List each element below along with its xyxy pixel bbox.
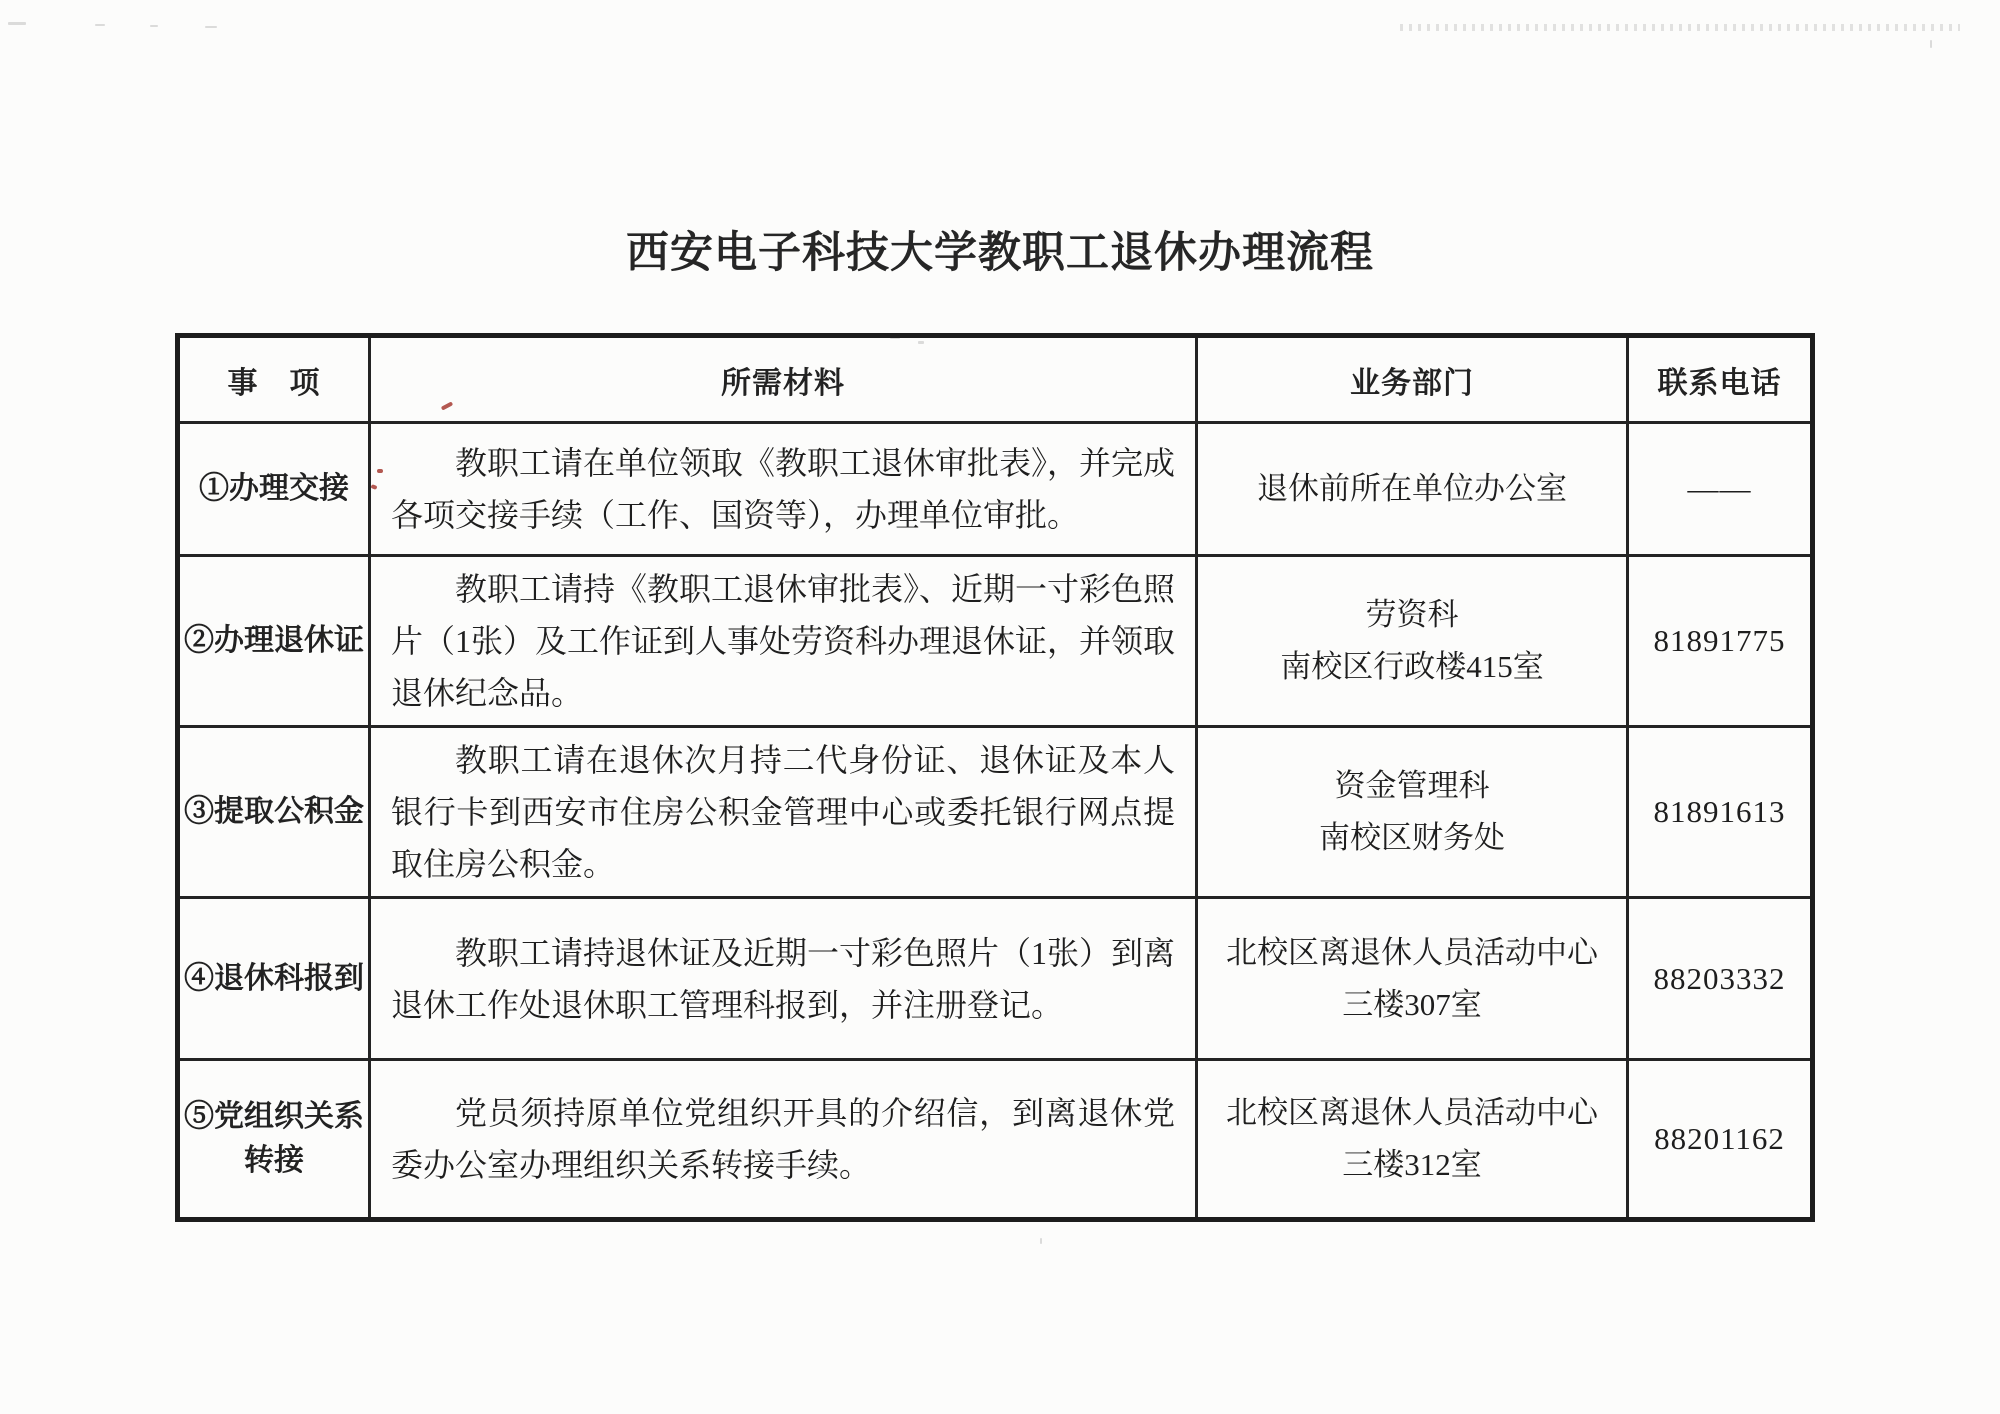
materials-text: 教职工请持退休证及近期一寸彩色照片（1张）到离退休工作处退休职工管理科报到，并注…	[391, 927, 1175, 1031]
scan-artifact	[1400, 24, 1960, 31]
department-cell: 退休前所在单位办公室	[1197, 423, 1628, 556]
header-materials: 所需材料	[370, 336, 1197, 423]
scan-artifact	[1040, 1238, 1042, 1244]
header-phone: 联系电话	[1628, 336, 1813, 423]
materials-cell: 教职工请持《教职工退休审批表》、近期一寸彩色照片（1张）及工作证到人事处劳资科办…	[370, 556, 1197, 727]
materials-text: 党员须持原单位党组织开具的介绍信，到离退休党委办公室办理组织关系转接手续。	[391, 1087, 1175, 1191]
scan-artifact	[95, 24, 105, 26]
materials-cell: 教职工请持退休证及近期一寸彩色照片（1张）到离退休工作处退休职工管理科报到，并注…	[370, 898, 1197, 1060]
scan-artifact	[150, 25, 158, 27]
department-cell: 资金管理科 南校区财务处	[1197, 727, 1628, 898]
header-department: 业务部门	[1197, 336, 1628, 423]
phone-cell: 81891613	[1628, 727, 1813, 898]
document-title: 西安电子科技大学教职工退休办理流程	[0, 219, 2000, 280]
phone-cell: 88201162	[1628, 1060, 1813, 1220]
table-row: ④退休科报到 教职工请持退休证及近期一寸彩色照片（1张）到离退休工作处退休职工管…	[178, 898, 1813, 1060]
materials-cell: 党员须持原单位党组织开具的介绍信，到离退休党委办公室办理组织关系转接手续。	[370, 1060, 1197, 1220]
department-cell: 北校区离退休人员活动中心 三楼307室	[1197, 898, 1628, 1060]
table-row: ⑤党组织关系 转接 党员须持原单位党组织开具的介绍信，到离退休党委办公室办理组织…	[178, 1060, 1813, 1220]
materials-cell: 教职工请在退休次月持二代身份证、退休证及本人银行卡到西安市住房公积金管理中心或委…	[370, 727, 1197, 898]
retirement-process-table: 事 项 所需材料 业务部门 联系电话 ①办理交接 教职工请在单位领取《教职工退休…	[175, 333, 1815, 1222]
scan-artifact	[1930, 40, 1932, 48]
department-cell: 劳资科 南校区行政楼415室	[1197, 556, 1628, 727]
item-cell: ⑤党组织关系 转接	[178, 1060, 370, 1220]
materials-text: 教职工请持《教职工退休审批表》、近期一寸彩色照片（1张）及工作证到人事处劳资科办…	[391, 563, 1175, 719]
materials-cell: 教职工请在单位领取《教职工退休审批表》，并完成各项交接手续（工作、国资等），办理…	[370, 423, 1197, 556]
scanned-document-page: 西安电子科技大学教职工退休办理流程 事 项 所需材料 业务部门 联系电话 ①办理…	[0, 0, 2000, 1414]
materials-text: 教职工请在退休次月持二代身份证、退休证及本人银行卡到西安市住房公积金管理中心或委…	[391, 734, 1175, 890]
table-header-row: 事 项 所需材料 业务部门 联系电话	[178, 336, 1813, 423]
table-body: ①办理交接 教职工请在单位领取《教职工退休审批表》，并完成各项交接手续（工作、国…	[178, 423, 1813, 1220]
table-row: ②办理退休证 教职工请持《教职工退休审批表》、近期一寸彩色照片（1张）及工作证到…	[178, 556, 1813, 727]
table-row: ①办理交接 教职工请在单位领取《教职工退休审批表》，并完成各项交接手续（工作、国…	[178, 423, 1813, 556]
department-cell: 北校区离退休人员活动中心 三楼312室	[1197, 1060, 1628, 1220]
phone-cell: 81891775	[1628, 556, 1813, 727]
item-cell: ②办理退休证	[178, 556, 370, 727]
item-cell: ①办理交接	[178, 423, 370, 556]
scan-artifact	[205, 26, 217, 28]
item-cell: ④退休科报到	[178, 898, 370, 1060]
header-item: 事 项	[178, 336, 370, 423]
phone-cell: ——	[1628, 423, 1813, 556]
item-cell: ③提取公积金	[178, 727, 370, 898]
phone-cell: 88203332	[1628, 898, 1813, 1060]
table-row: ③提取公积金 教职工请在退休次月持二代身份证、退休证及本人银行卡到西安市住房公积…	[178, 727, 1813, 898]
materials-text: 教职工请在单位领取《教职工退休审批表》，并完成各项交接手续（工作、国资等），办理…	[391, 437, 1175, 541]
scan-artifact	[8, 22, 26, 25]
